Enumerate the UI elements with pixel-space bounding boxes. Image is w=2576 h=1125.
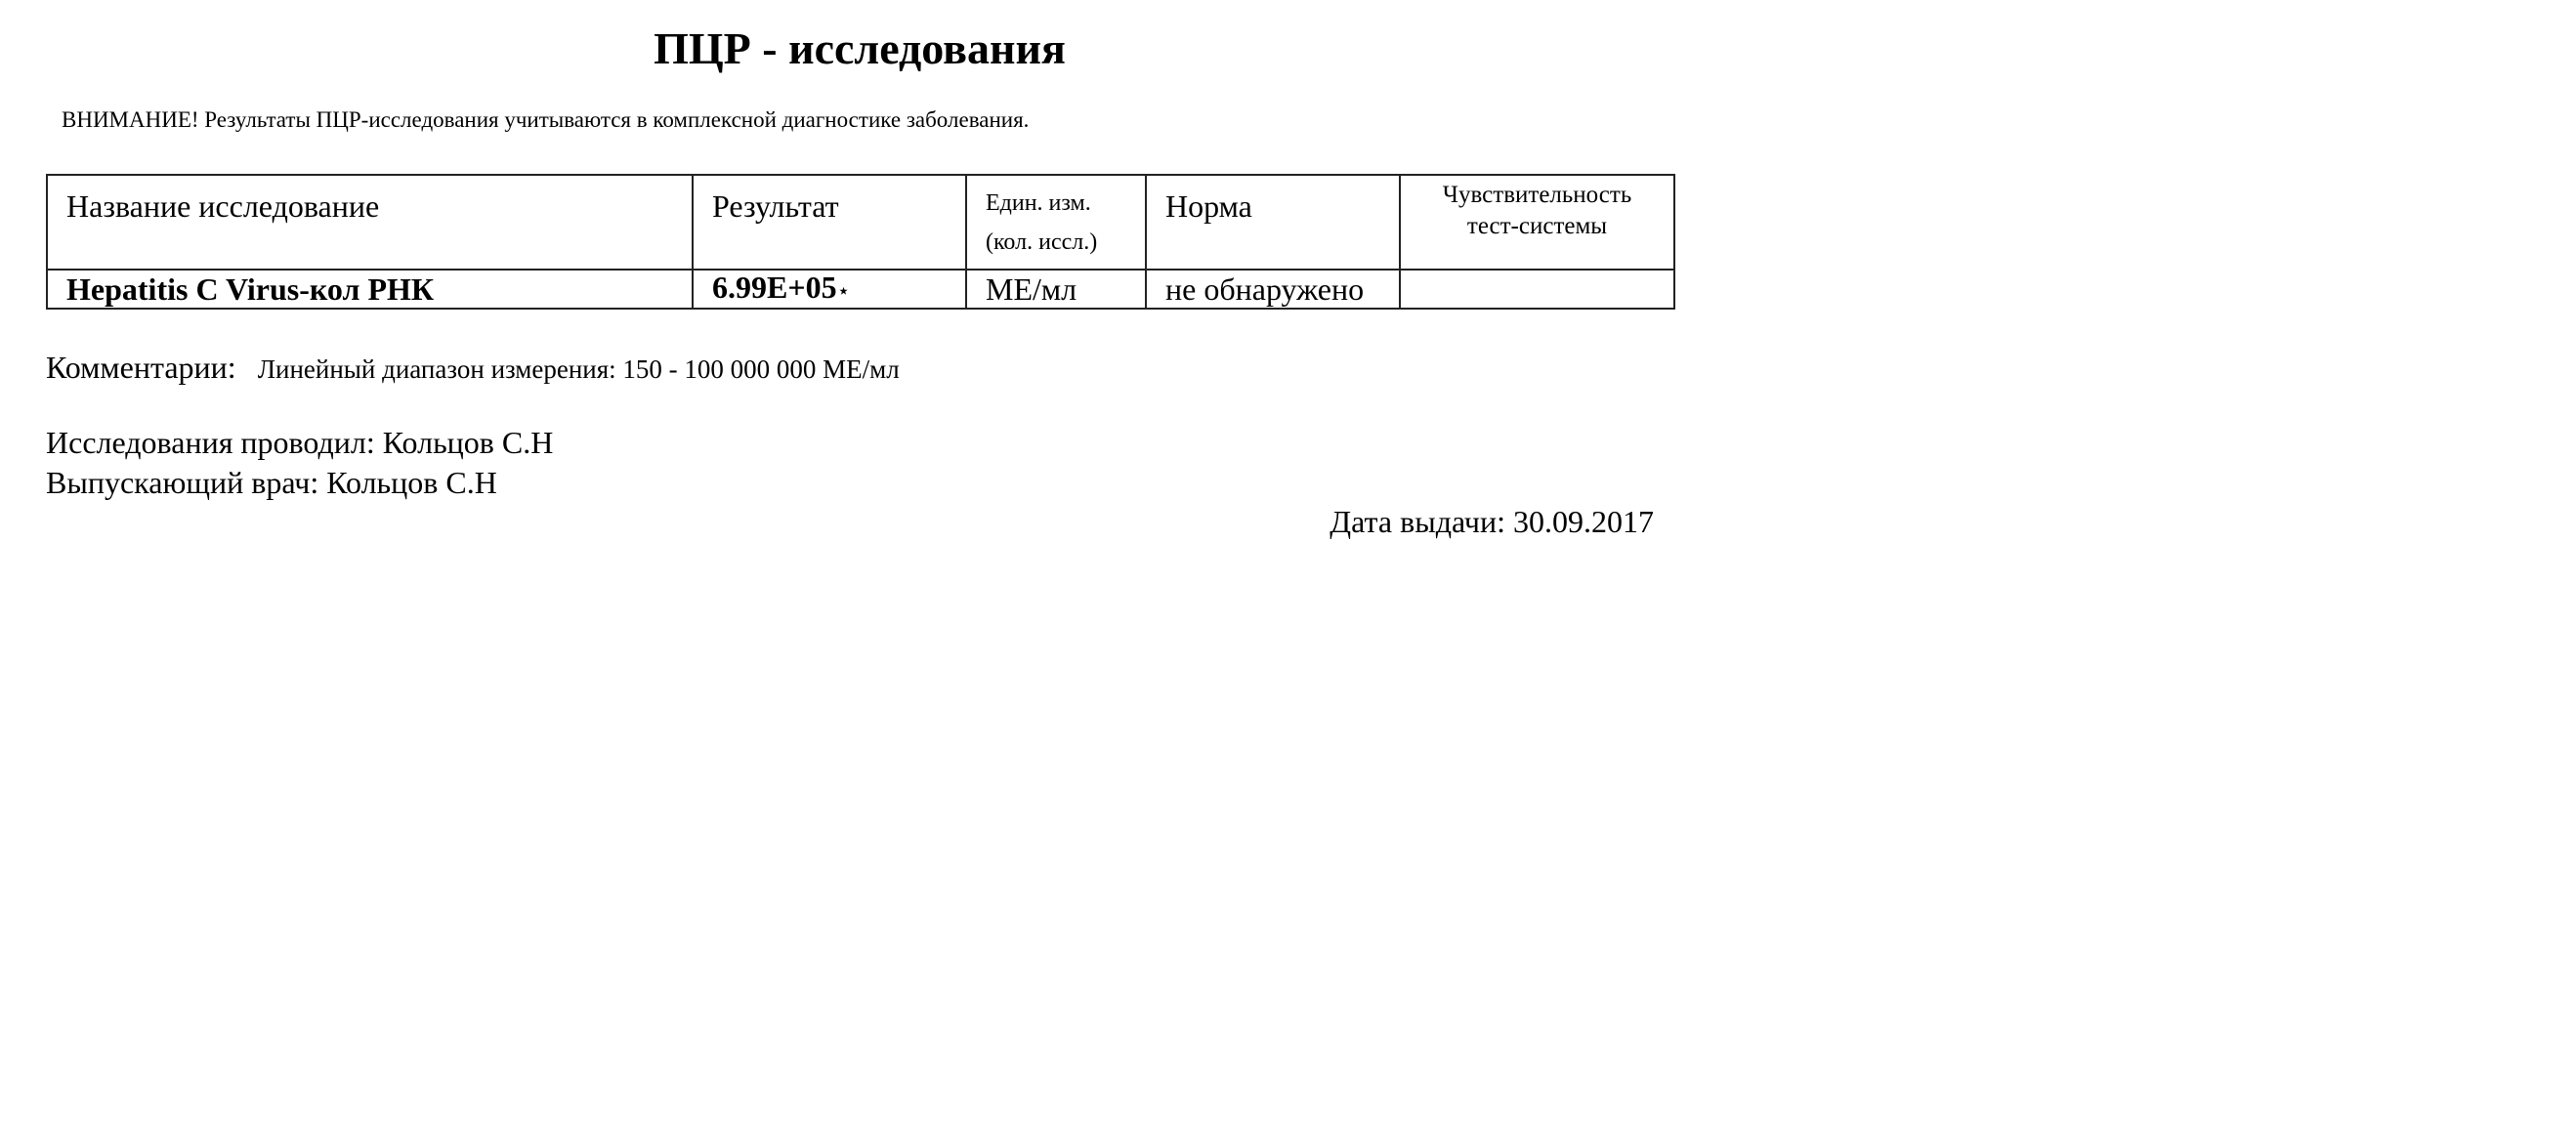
issue-date: Дата выдачи: 30.09.2017: [1330, 503, 1654, 540]
comments: Комментарии:Линейный диапазон измерения:…: [46, 348, 900, 394]
comments-value: Линейный диапазон измерения: 150 - 100 0…: [258, 354, 900, 384]
header-unit: Един. изм. (кол. иссл.): [967, 176, 1145, 262]
page-title: ПЦР - исследования: [0, 21, 1719, 76]
header-sensitivity: Чувствительность тест-системы: [1401, 176, 1673, 242]
header-norm: Норма: [1147, 176, 1399, 225]
cell-test-name: Hepatitis C Virus-кол РНК: [47, 270, 693, 309]
header-name: Название исследование: [48, 176, 692, 225]
header-sensitivity-line1: Чувствительность: [1407, 180, 1668, 211]
cell-sensitivity: [1400, 270, 1674, 309]
norm-value: не обнаружено: [1147, 272, 1399, 306]
test-name: Hepatitis C Virus-кол РНК: [48, 272, 692, 306]
results-table: Название исследование Результат Един. из…: [46, 174, 1675, 310]
cell-result: 6.99E+05⋆: [693, 270, 966, 309]
header-cell-sensitivity: Чувствительность тест-системы: [1400, 175, 1674, 270]
cell-norm: не обнаружено: [1146, 270, 1400, 309]
star-flag-icon: ⋆: [837, 278, 851, 303]
warning-notice: ВНИМАНИЕ! Результаты ПЦР-исследования уч…: [62, 105, 1029, 135]
header-unit-line2: (кол. иссл.): [986, 223, 1145, 262]
result-value: 6.99E+05: [712, 270, 837, 305]
header-sensitivity-line2: тест-системы: [1407, 211, 1668, 242]
result-value-wrap: 6.99E+05⋆: [694, 271, 965, 308]
performer-signature: Исследования проводил: Кольцов С.Н: [46, 424, 553, 461]
header-result: Результат: [694, 176, 965, 225]
cell-unit: МЕ/мл: [966, 270, 1146, 309]
header-cell-result: Результат: [693, 175, 966, 270]
unit-value: МЕ/мл: [967, 272, 1145, 306]
header-cell-name: Название исследование: [47, 175, 693, 270]
header-unit-line1: Един. изм.: [986, 184, 1145, 223]
header-cell-unit: Един. изм. (кол. иссл.): [966, 175, 1146, 270]
table-row: Hepatitis C Virus-кол РНК 6.99E+05⋆ МЕ/м…: [47, 270, 1674, 309]
comments-label: Комментарии:: [46, 350, 236, 385]
table-header-row: Название исследование Результат Един. из…: [47, 175, 1674, 270]
releasing-doctor-signature: Выпускающий врач: Кольцов С.Н: [46, 464, 497, 501]
header-cell-norm: Норма: [1146, 175, 1400, 270]
